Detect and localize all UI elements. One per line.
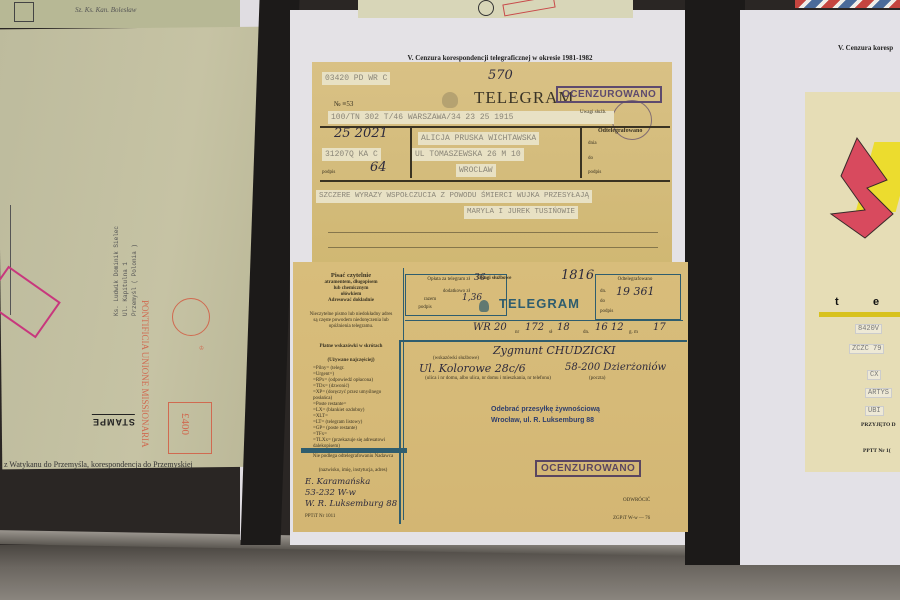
sl-label: sł xyxy=(549,330,552,336)
rule xyxy=(301,448,407,453)
frame-divider-right xyxy=(685,0,745,565)
sent-box: Odtelegrafowano dn. do podpis 19 361 xyxy=(595,274,681,320)
recipient-hint-2: (ulica i nr domu, albo ulica, nr domu i … xyxy=(413,376,563,382)
time-label: g. m xyxy=(629,330,638,336)
rule xyxy=(328,232,658,233)
rule xyxy=(320,180,670,182)
top-envelope: Sz. Ks. Kan. Bolesław xyxy=(0,0,240,28)
card-letter-e: e xyxy=(873,296,879,308)
postmark-circle xyxy=(612,100,652,140)
signature-hand: 64 xyxy=(370,160,387,175)
card-tape: UBI xyxy=(865,406,884,416)
left-caption: . z Watykanu do Przemyśla, korespondencj… xyxy=(0,460,250,469)
telegram-2: Pisać czytelnie atramentem, długopisem l… xyxy=(293,262,688,532)
nr-label: nr xyxy=(515,330,519,336)
airmail-envelope xyxy=(795,0,900,8)
eagle-emblem-icon xyxy=(479,300,489,312)
card-form-number: PPTT Nr 1( xyxy=(863,448,891,454)
route-dn: 16 12 xyxy=(595,322,624,333)
sender-label: Nie podlega odtelegrafowaniu Nadawca xyxy=(303,454,403,460)
addressee-line-2: UL TOMASZEWSKA 26 M 10 xyxy=(412,148,524,161)
abbrev-title: Płatne wskazówki w skrótach xyxy=(307,344,395,350)
censor-stamp: OCENZUROWANO xyxy=(556,86,662,103)
meter-value: £400 xyxy=(179,413,191,435)
message-line-2: MARYLA I JUREK TUSIŃOWIE xyxy=(464,206,578,219)
sent-signature-label: podpis xyxy=(588,170,601,175)
recipient-name: Zygmunt CHUDZICKI xyxy=(493,344,615,357)
header-tape: 100/TN 302 T/46 WARSZAWA/34 23 25 1915 xyxy=(328,111,614,124)
route-origin: WR 20 xyxy=(473,322,507,333)
card-letter-t: t xyxy=(835,296,839,308)
sent-title: Odtelegrafowano xyxy=(598,128,642,134)
meter-text: PONTIFICIA UNIONE MISSIONARIA xyxy=(130,300,150,450)
delivery-stamp: Odebrać przesyłkę żywnościową Wrocław, u… xyxy=(491,404,600,426)
card-tape: CX xyxy=(867,370,881,380)
sender-sub: (nazwisko, imię, instytucja, adres) xyxy=(303,468,403,474)
eagle-emblem-icon xyxy=(442,92,458,108)
day-label: dnia xyxy=(588,141,597,146)
instructions: atramentem, długopisem lub chemicznym oł… xyxy=(301,280,401,304)
hand-number: 1816 xyxy=(561,268,594,283)
service-label: Uwagi służb. xyxy=(580,110,606,115)
post-label: (poczta) xyxy=(589,376,605,382)
recipient-address: Ul. Kolorowe 28c/6 xyxy=(419,362,526,375)
meter-stamp: £400 xyxy=(168,402,212,454)
addressee-line-3: WROCLAW xyxy=(456,164,496,177)
number-label: № ≡53 xyxy=(334,100,353,108)
service-label: Uwagi służbowe xyxy=(477,276,517,282)
right-section-title: V. Cenzura koresp xyxy=(838,44,893,52)
tape-top: 03420 PD WR C xyxy=(322,72,390,85)
censor-stamp: OCENZUROWANO xyxy=(535,460,641,477)
received-hand: 25 2021 xyxy=(334,126,388,141)
postmark xyxy=(478,0,494,16)
top-document xyxy=(358,0,633,18)
addressee-line-1: ALICJA PRUSKA WICHTAWSKA xyxy=(418,132,539,145)
red-stamp xyxy=(502,0,555,16)
rule xyxy=(328,247,658,248)
lightning-logo-icon xyxy=(829,136,900,240)
telegram-card: t e 8420V ZCZC 79 CX ARTYS UBI PRZYJĘTO … xyxy=(805,92,900,472)
telegram-title: TELEGRAM xyxy=(499,296,580,311)
vrule xyxy=(580,126,582,178)
papal-emblem: ♔ xyxy=(185,345,205,375)
abbrev-item: =XP= (doręczyć przez umyślnego posłańca) xyxy=(313,390,397,402)
signature-label: podpis xyxy=(322,170,335,175)
card-tape: ARTYS xyxy=(865,388,892,398)
recipient-city: 58-200 Dzierżoniów xyxy=(565,362,666,373)
card-tape: ZCZC 79 xyxy=(849,344,884,354)
route-nr: 172 xyxy=(525,322,544,333)
received-label: PRZYJĘTO D xyxy=(861,422,896,428)
abbrev-list: =Pilny= (telegr.=Urgent=)=RPx= (odpowied… xyxy=(313,366,397,450)
instructions-title: Pisać czytelnie xyxy=(301,272,401,280)
stampe-label: STAMPE xyxy=(92,414,135,427)
section-title: V. Cenzura korespondencji telegraficznej… xyxy=(330,54,670,62)
dn-label: dn. xyxy=(583,330,589,336)
sender-hand: E. Karamańska 53-232 W-w W. R. Luksembur… xyxy=(305,477,397,510)
warning-text: Nieczytelne pismo lub niedokładny adres … xyxy=(307,312,395,330)
postmark-circle xyxy=(172,298,210,336)
message-line-1: SZCZERE WYRAZY WSPOŁCZUCIA Z POWODU ŚMIE… xyxy=(316,190,592,203)
footer-code: ZGPiT W-w — 76 xyxy=(613,516,650,522)
handwritten-number: 570 xyxy=(488,68,513,83)
yellow-band xyxy=(819,312,900,317)
abbrev-sub: (Używane najczęściej) xyxy=(307,358,395,364)
card-tape: 8420V xyxy=(855,324,882,334)
rule xyxy=(405,320,683,321)
envelope-address: Sz. Ks. Kan. Bolesław xyxy=(75,6,136,14)
to-label: do xyxy=(588,156,593,161)
route-sl: 18 xyxy=(557,322,570,333)
postmark-box xyxy=(14,2,34,22)
route-time: 17 xyxy=(653,322,666,333)
turn-over-label: ODWRÓCIĆ xyxy=(623,498,650,504)
form-number: PPTiT Nr 1011 xyxy=(305,514,335,520)
telegram-1: 03420 PD WR C 570 № ≡53 TELEGRAM OCENZUR… xyxy=(312,62,672,272)
